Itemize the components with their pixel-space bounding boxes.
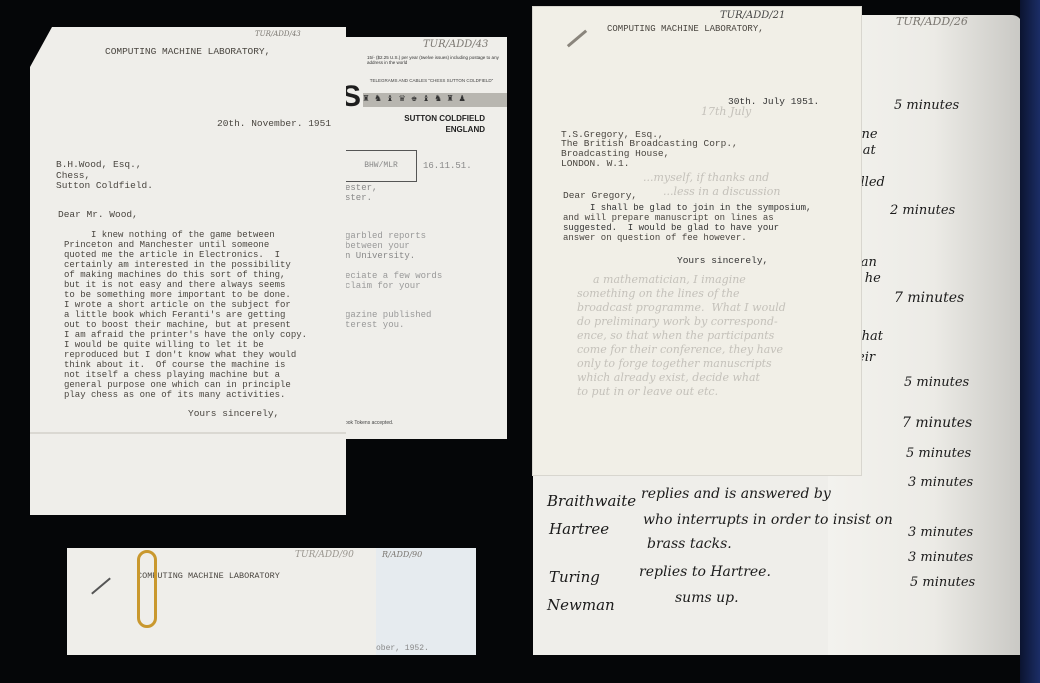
reference-box: BHW/MLR (345, 150, 417, 182)
archive-ref: R/ADD/90 (382, 550, 422, 559)
salutation: Dear Mr. Wood, (58, 209, 138, 220)
fragment: terest you. (345, 320, 404, 330)
time-allotment: 5 minutes (906, 446, 971, 461)
gregory-letter-paper: TUR/ADD/21 COMPUTING MACHINE LABORATORY,… (532, 6, 862, 476)
archive-ref: TUR/ADD/26 (896, 15, 968, 28)
showthrough-text: 17th July (701, 105, 751, 118)
notes-lower-section: Braithwaite replies and is answered by H… (533, 474, 828, 655)
body-line: I am afraid the printer's have the only … (64, 330, 307, 340)
body-line: play chess as one of its many activities… (64, 390, 307, 400)
body-line: general purpose one which can in princip… (64, 380, 307, 390)
date-fragment: ober, 1952. (376, 644, 429, 653)
fragment: ester, (345, 183, 377, 193)
chess-letter-paper: TUR/ADD/43 15/- ($2.25 U.S.) per year (t… (345, 37, 507, 439)
showthrough-text: come for their conference, they have (577, 343, 783, 356)
body-line: I knew nothing of the game between (64, 230, 307, 240)
footer-note: ook Tokens accepted. (345, 420, 393, 426)
body-line: certainly am interested in the possibili… (64, 260, 307, 270)
archive-ref: TUR/ADD/43 (423, 39, 488, 50)
telegrams-line: TELEGRAMS AND CABLES "CHESS SUTTON COLDF… (369, 78, 494, 83)
body-line: I shall be glad to join in the symposium… (563, 203, 811, 213)
body-line: and will prepare manuscript on lines as (563, 213, 774, 223)
showthrough-text: to put in or leave out etc. (577, 385, 718, 398)
body-line: a little book which Feranti's are gettin… (64, 310, 307, 320)
letter-date: 20th. November. 1951 (217, 118, 331, 129)
location-city: SUTTON COLDFIELD (404, 114, 485, 123)
closing: Yours sincerely, (188, 408, 279, 419)
speaker-remark: replies to Hartree. (639, 564, 771, 580)
showthrough-text: only to forge together manuscripts (577, 357, 772, 370)
archive-ref: TUR/ADD/21 (720, 10, 785, 21)
letter-body: I knew nothing of the game between Princ… (64, 230, 307, 400)
fragment: between your (345, 241, 410, 251)
showthrough-text: which already exist, decide what (577, 371, 760, 384)
speaker-name: Braithwaite (547, 492, 636, 510)
pin-icon (567, 30, 587, 48)
letterhead: COMPUTING MACHINE LABORATORY, (105, 46, 270, 57)
bottom-left-letter-paper: TUR/ADD/90 COMPUTING MACHINE LABORATORY (67, 548, 376, 655)
pin-icon (91, 578, 111, 595)
bottom-right-letter-paper: R/ADD/90 ober, 1952. (376, 548, 476, 655)
chess-pieces-strip: ♜ ♞ ♝ ♛ ♚ ♝ ♞ ♜ ♟ (363, 93, 507, 107)
letter-date: 16.11.51. (423, 161, 472, 171)
archive-ref: TUR/ADD/90 (295, 550, 354, 560)
time-allotment: 3 minutes (908, 525, 973, 540)
speaker-remark: replies and is answered by (641, 486, 831, 502)
subscription-note: 15/- ($2.25 U.S.) per year (twelve issue… (367, 55, 505, 65)
addressee-line: B.H.Wood, Esq., (56, 159, 142, 170)
speaker-name: Newman (547, 596, 615, 614)
time-allotment: 7 minutes (894, 290, 964, 306)
speaker-name: Turing (549, 568, 600, 586)
body-line: think about it. Of course the machine is (64, 360, 307, 370)
wood-letter-paper: TUR/ADD/43 COMPUTING MACHINE LABORATORY,… (30, 27, 346, 515)
showthrough-text: ...myself, if thanks and (643, 171, 769, 184)
addressee-line: Sutton Coldfield. (56, 180, 153, 191)
body-line: answer on question of fee however. (563, 233, 747, 243)
showthrough-text: broadcast programme. What I would (577, 301, 786, 314)
time-allotment: 5 minutes (904, 375, 969, 390)
body-line: of making machines do this sort of thing… (64, 270, 307, 280)
body-line: quoted me the article in Electronics. I (64, 250, 307, 260)
body-line: suggested. I would be glad to have your (563, 223, 779, 233)
fragment: claim for your (345, 281, 421, 291)
time-allotment: 5 minutes (894, 98, 959, 113)
closing: Yours sincerely, (677, 255, 768, 266)
body-line: Princeton and Manchester until someone (64, 240, 307, 250)
letterhead: COMPUTING MACHINE LABORATORY (137, 571, 280, 581)
fragment: ster. (345, 193, 372, 203)
body-line: I wrote a short article on the subject f… (64, 300, 307, 310)
time-allotment: 7 minutes (902, 415, 972, 431)
time-allotment: 3 minutes (908, 475, 973, 490)
addressee-line: LONDON. W.1. (561, 158, 629, 169)
body-line: I would be quite willing to let it be (64, 340, 307, 350)
letterhead: COMPUTING MACHINE LABORATORY, (607, 24, 764, 34)
body-line: reproduced but I don't know what they wo… (64, 350, 307, 360)
body-line: to be something more important to be don… (64, 290, 307, 300)
speaker-remark: brass tacks. (647, 536, 732, 552)
location-country: ENGLAND (445, 125, 485, 134)
background-blue-folder (1020, 0, 1040, 683)
speaker-remark: sums up. (675, 590, 739, 606)
fragment: gazine published (345, 310, 431, 320)
fragment: eciate a few words (345, 271, 442, 281)
body-line: but it is not easy and there always seem… (64, 280, 307, 290)
archive-ref: TUR/ADD/43 (255, 30, 301, 38)
time-allotment: 5 minutes (910, 575, 975, 590)
speaker-remark: who interrupts in order to insist on (643, 512, 893, 528)
fold-shadow (30, 432, 346, 434)
showthrough-text: do preliminary work by correspond- (577, 315, 778, 328)
body-line: not itself a chess playing machine but a (64, 370, 307, 380)
paperclip-icon (137, 550, 157, 628)
fragment: n University. (345, 251, 415, 261)
showthrough-text: ence, so that when the participants (577, 329, 774, 342)
body-line: out to boost their machine, but at prese… (64, 320, 307, 330)
showthrough-text: something on the lines of the (577, 287, 740, 300)
time-allotment: 3 minutes (908, 550, 973, 565)
showthrough-text: a mathematician, I imagine (593, 273, 746, 286)
time-allotment: 2 minutes (890, 203, 955, 218)
showthrough-text: ...less in a discussion (663, 185, 780, 198)
speaker-name: Hartree (549, 520, 609, 538)
salutation: Dear Gregory, (563, 190, 637, 201)
fragment: garbled reports (345, 231, 426, 241)
